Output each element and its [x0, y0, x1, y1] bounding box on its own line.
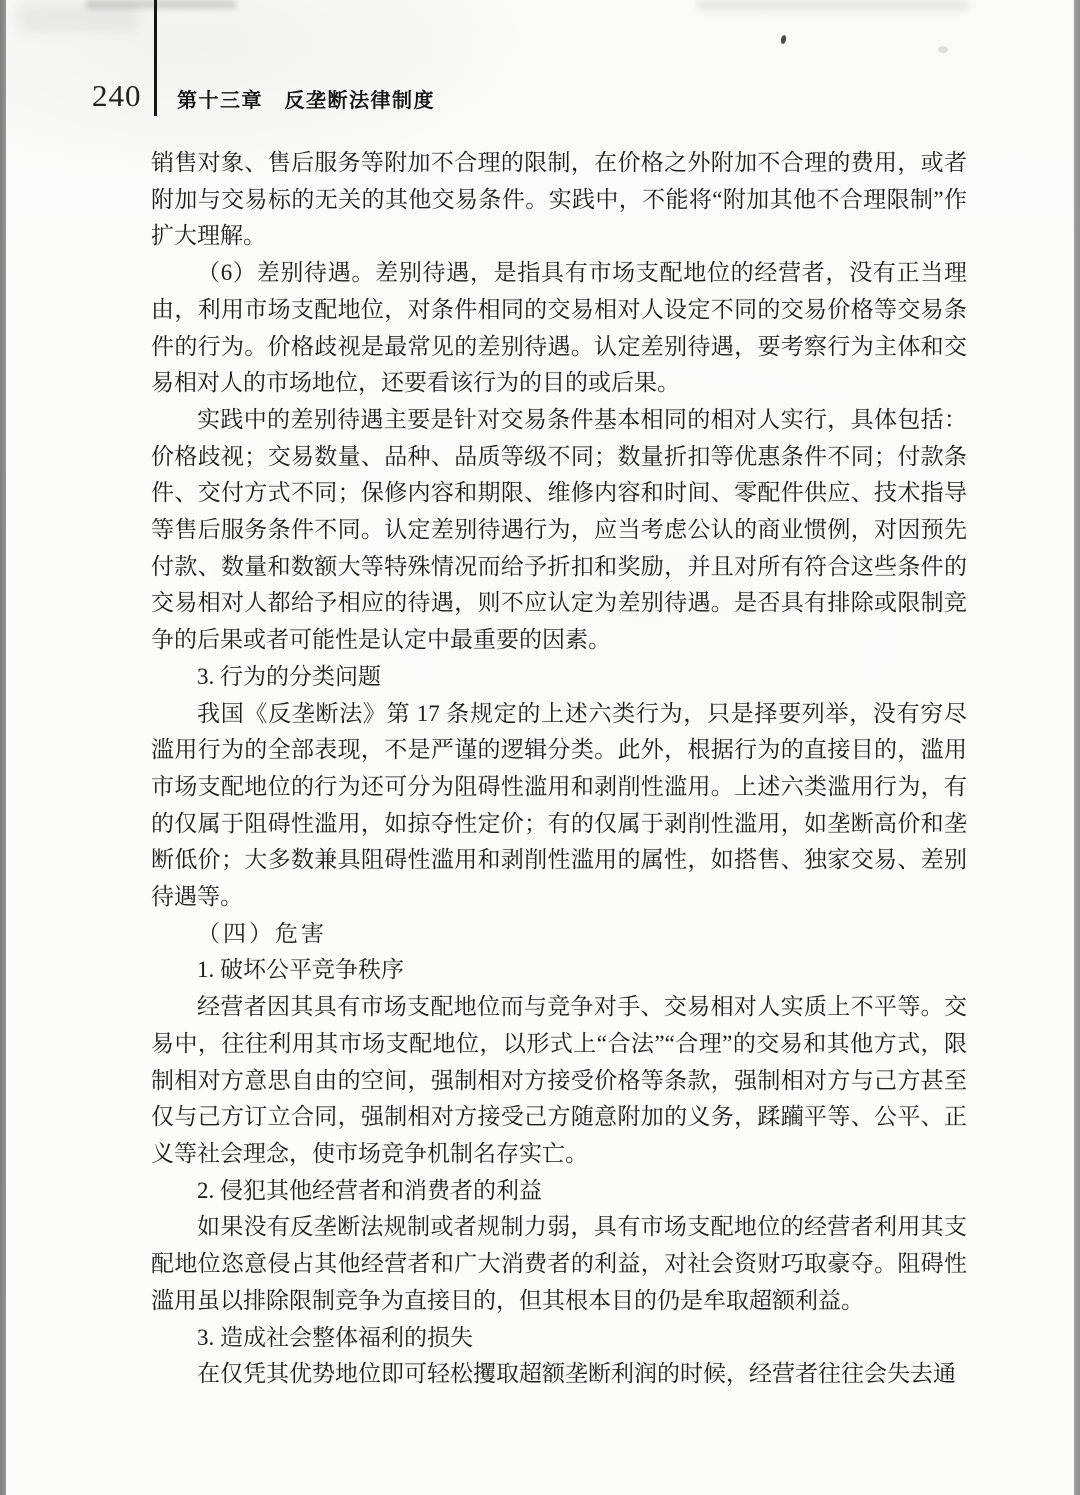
section-heading: 3. 行为的分类问题 — [151, 659, 967, 696]
section-heading: 1. 破坏公平竞争秩序 — [151, 952, 967, 989]
paragraph: 在仅凭其优势地位即可轻松攫取超额垄断利润的时候，经营者往往会失去通 — [151, 1356, 967, 1393]
paragraph: 如果没有反垄断法规制或者规制力弱，具有市场支配地位的经营者利用其支配地位恣意侵占… — [151, 1209, 967, 1319]
scan-edge-strip-right — [1074, 0, 1080, 1495]
paragraph: 销售对象、售后服务等附加不合理的限制，在价格之外附加不合理的费用，或者附加与交易… — [151, 145, 967, 255]
body-text: 销售对象、售后服务等附加不合理的限制，在价格之外附加不合理的费用，或者附加与交易… — [151, 145, 967, 1393]
scan-smudge — [698, 0, 968, 10]
paragraph: 我国《反垄断法》第 17 条规定的上述六类行为，只是择要列举，没有穷尽滥用行为的… — [151, 696, 967, 916]
page-background: 240 第十三章 反垄断法律制度 销售对象、售后服务等附加不合理的限制，在价格之… — [0, 0, 1080, 1495]
section-heading: 2. 侵犯其他经营者和消费者的利益 — [151, 1173, 967, 1210]
paragraph: 实践中的差别待遇主要是针对交易条件基本相同的相对人实行，具体包括：价格歧视；交易… — [151, 402, 967, 659]
subsection-heading: （四）危害 — [151, 916, 967, 953]
scan-speck — [780, 35, 787, 45]
scan-edge-strip-left — [0, 0, 6, 1495]
scan-smudge — [18, 4, 138, 32]
paragraph: 经营者因其具有市场支配地位而与竞争对手、交易相对人实质上不平等。交易中，往往利用… — [151, 989, 967, 1173]
scan-smudge — [86, 0, 236, 9]
section-heading: 3. 造成社会整体福利的损失 — [151, 1320, 967, 1357]
header-divider-rule — [154, 0, 157, 116]
chapter-title: 第十三章 反垄断法律制度 — [177, 84, 435, 113]
paragraph: （6）差别待遇。差别待遇，是指具有市场支配地位的经营者，没有正当理由，利用市场支… — [151, 255, 967, 402]
page-number: 240 — [92, 78, 142, 114]
scanned-book-page: { "header": { "page_number": "240", "cha… — [0, 0, 1080, 1495]
scan-speck — [938, 46, 948, 53]
